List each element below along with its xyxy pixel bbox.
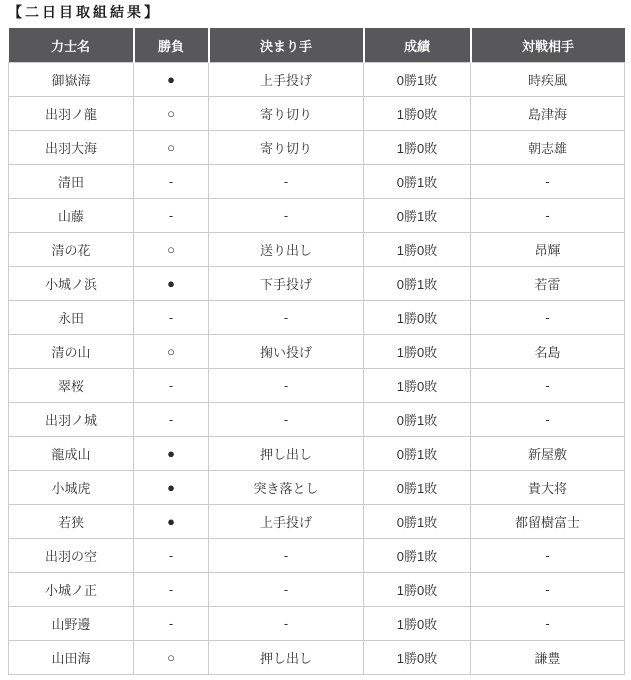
page: 【二日目取組結果】 力士名 勝負 決まり手 成績 対戦相手 御嶽海●上手投げ0勝… [0, 0, 631, 679]
results-table-body: 御嶽海●上手投げ0勝1敗時疾風出羽ノ龍○寄り切り1勝0敗島津海出羽大海○寄り切り… [9, 63, 625, 675]
technique-cell: - [209, 403, 364, 437]
record-cell: 1勝0敗 [364, 573, 471, 607]
record-cell: 0勝1敗 [364, 471, 471, 505]
column-header-technique: 決まり手 [209, 28, 364, 63]
technique-cell: - [209, 165, 364, 199]
result-mark-cell: - [134, 165, 209, 199]
opponent-cell: - [471, 199, 625, 233]
column-header-result: 勝負 [134, 28, 209, 63]
result-mark-cell: - [134, 607, 209, 641]
wrestler-name-cell: 出羽ノ龍 [9, 97, 134, 131]
record-cell: 1勝0敗 [364, 335, 471, 369]
opponent-cell: 貴大将 [471, 471, 625, 505]
wrestler-name-cell: 小城虎 [9, 471, 134, 505]
column-header-opponent: 対戦相手 [471, 28, 625, 63]
result-mark-cell: ● [134, 505, 209, 539]
table-row: 若狭●上手投げ0勝1敗都留樹富士 [9, 505, 625, 539]
opponent-cell: - [471, 607, 625, 641]
record-cell: 1勝0敗 [364, 131, 471, 165]
wrestler-name-cell: 若狭 [9, 505, 134, 539]
wrestler-name-cell: 御嶽海 [9, 63, 134, 97]
wrestler-name-cell: 出羽大海 [9, 131, 134, 165]
technique-cell: 送り出し [209, 233, 364, 267]
opponent-cell: 都留樹富士 [471, 505, 625, 539]
wrestler-name-cell: 翠桜 [9, 369, 134, 403]
result-mark-cell: ○ [134, 97, 209, 131]
table-row: 翠桜--1勝0敗- [9, 369, 625, 403]
results-table: 力士名 勝負 決まり手 成績 対戦相手 御嶽海●上手投げ0勝1敗時疾風出羽ノ龍○… [8, 28, 625, 675]
wrestler-name-cell: 小城ノ正 [9, 573, 134, 607]
table-row: 御嶽海●上手投げ0勝1敗時疾風 [9, 63, 625, 97]
opponent-cell: - [471, 369, 625, 403]
technique-cell: 上手投げ [209, 63, 364, 97]
wrestler-name-cell: 山田海 [9, 641, 134, 675]
technique-cell: - [209, 607, 364, 641]
wrestler-name-cell: 小城ノ浜 [9, 267, 134, 301]
record-cell: 1勝0敗 [364, 97, 471, 131]
result-mark-cell: ● [134, 471, 209, 505]
table-row: 出羽ノ龍○寄り切り1勝0敗島津海 [9, 97, 625, 131]
table-row: 永田--1勝0敗- [9, 301, 625, 335]
result-mark-cell: - [134, 301, 209, 335]
opponent-cell: 島津海 [471, 97, 625, 131]
record-cell: 1勝0敗 [364, 301, 471, 335]
opponent-cell: 新屋敷 [471, 437, 625, 471]
record-cell: 0勝1敗 [364, 267, 471, 301]
table-row: 出羽ノ城--0勝1敗- [9, 403, 625, 437]
opponent-cell: 謙豊 [471, 641, 625, 675]
opponent-cell: 名島 [471, 335, 625, 369]
wrestler-name-cell: 清田 [9, 165, 134, 199]
technique-cell: 押し出し [209, 641, 364, 675]
opponent-cell: 昂輝 [471, 233, 625, 267]
technique-cell: 寄り切り [209, 131, 364, 165]
wrestler-name-cell: 山野邊 [9, 607, 134, 641]
table-row: 山田海○押し出し1勝0敗謙豊 [9, 641, 625, 675]
opponent-cell: 若雷 [471, 267, 625, 301]
wrestler-name-cell: 清の花 [9, 233, 134, 267]
opponent-cell: - [471, 573, 625, 607]
record-cell: 0勝1敗 [364, 437, 471, 471]
opponent-cell: - [471, 301, 625, 335]
record-cell: 0勝1敗 [364, 403, 471, 437]
table-row: 小城虎●突き落とし0勝1敗貴大将 [9, 471, 625, 505]
table-row: 出羽大海○寄り切り1勝0敗朝志雄 [9, 131, 625, 165]
wrestler-name-cell: 龍成山 [9, 437, 134, 471]
table-row: 小城ノ浜●下手投げ0勝1敗若雷 [9, 267, 625, 301]
opponent-cell: 時疾風 [471, 63, 625, 97]
technique-cell: - [209, 573, 364, 607]
record-cell: 0勝1敗 [364, 165, 471, 199]
technique-cell: 寄り切り [209, 97, 364, 131]
technique-cell: - [209, 369, 364, 403]
table-row: 龍成山●押し出し0勝1敗新屋敷 [9, 437, 625, 471]
table-row: 清田--0勝1敗- [9, 165, 625, 199]
record-cell: 1勝0敗 [364, 607, 471, 641]
technique-cell: 下手投げ [209, 267, 364, 301]
result-mark-cell: - [134, 573, 209, 607]
wrestler-name-cell: 清の山 [9, 335, 134, 369]
record-cell: 0勝1敗 [364, 539, 471, 573]
opponent-cell: - [471, 403, 625, 437]
technique-cell: 掬い投げ [209, 335, 364, 369]
column-header-record: 成績 [364, 28, 471, 63]
technique-cell: 突き落とし [209, 471, 364, 505]
result-mark-cell: ○ [134, 131, 209, 165]
wrestler-name-cell: 出羽の空 [9, 539, 134, 573]
technique-cell: - [209, 199, 364, 233]
technique-cell: 押し出し [209, 437, 364, 471]
result-mark-cell: ● [134, 63, 209, 97]
technique-cell: - [209, 301, 364, 335]
result-mark-cell: - [134, 539, 209, 573]
table-row: 山野邊--1勝0敗- [9, 607, 625, 641]
column-header-wrestler-name: 力士名 [9, 28, 134, 63]
wrestler-name-cell: 永田 [9, 301, 134, 335]
result-mark-cell: - [134, 403, 209, 437]
table-header-row: 力士名 勝負 決まり手 成績 対戦相手 [9, 28, 625, 63]
record-cell: 0勝1敗 [364, 505, 471, 539]
record-cell: 1勝0敗 [364, 233, 471, 267]
result-mark-cell: ○ [134, 641, 209, 675]
record-cell: 0勝1敗 [364, 199, 471, 233]
table-row: 清の山○掬い投げ1勝0敗名島 [9, 335, 625, 369]
opponent-cell: 朝志雄 [471, 131, 625, 165]
technique-cell: - [209, 539, 364, 573]
wrestler-name-cell: 山藤 [9, 199, 134, 233]
record-cell: 0勝1敗 [364, 63, 471, 97]
result-mark-cell: - [134, 369, 209, 403]
table-row: 小城ノ正--1勝0敗- [9, 573, 625, 607]
result-mark-cell: ○ [134, 233, 209, 267]
page-title: 【二日目取組結果】 [8, 4, 623, 21]
result-mark-cell: ● [134, 267, 209, 301]
table-row: 清の花○送り出し1勝0敗昂輝 [9, 233, 625, 267]
opponent-cell: - [471, 539, 625, 573]
result-mark-cell: ● [134, 437, 209, 471]
technique-cell: 上手投げ [209, 505, 364, 539]
wrestler-name-cell: 出羽ノ城 [9, 403, 134, 437]
table-row: 出羽の空--0勝1敗- [9, 539, 625, 573]
table-row: 山藤--0勝1敗- [9, 199, 625, 233]
result-mark-cell: ○ [134, 335, 209, 369]
record-cell: 1勝0敗 [364, 641, 471, 675]
record-cell: 1勝0敗 [364, 369, 471, 403]
result-mark-cell: - [134, 199, 209, 233]
opponent-cell: - [471, 165, 625, 199]
